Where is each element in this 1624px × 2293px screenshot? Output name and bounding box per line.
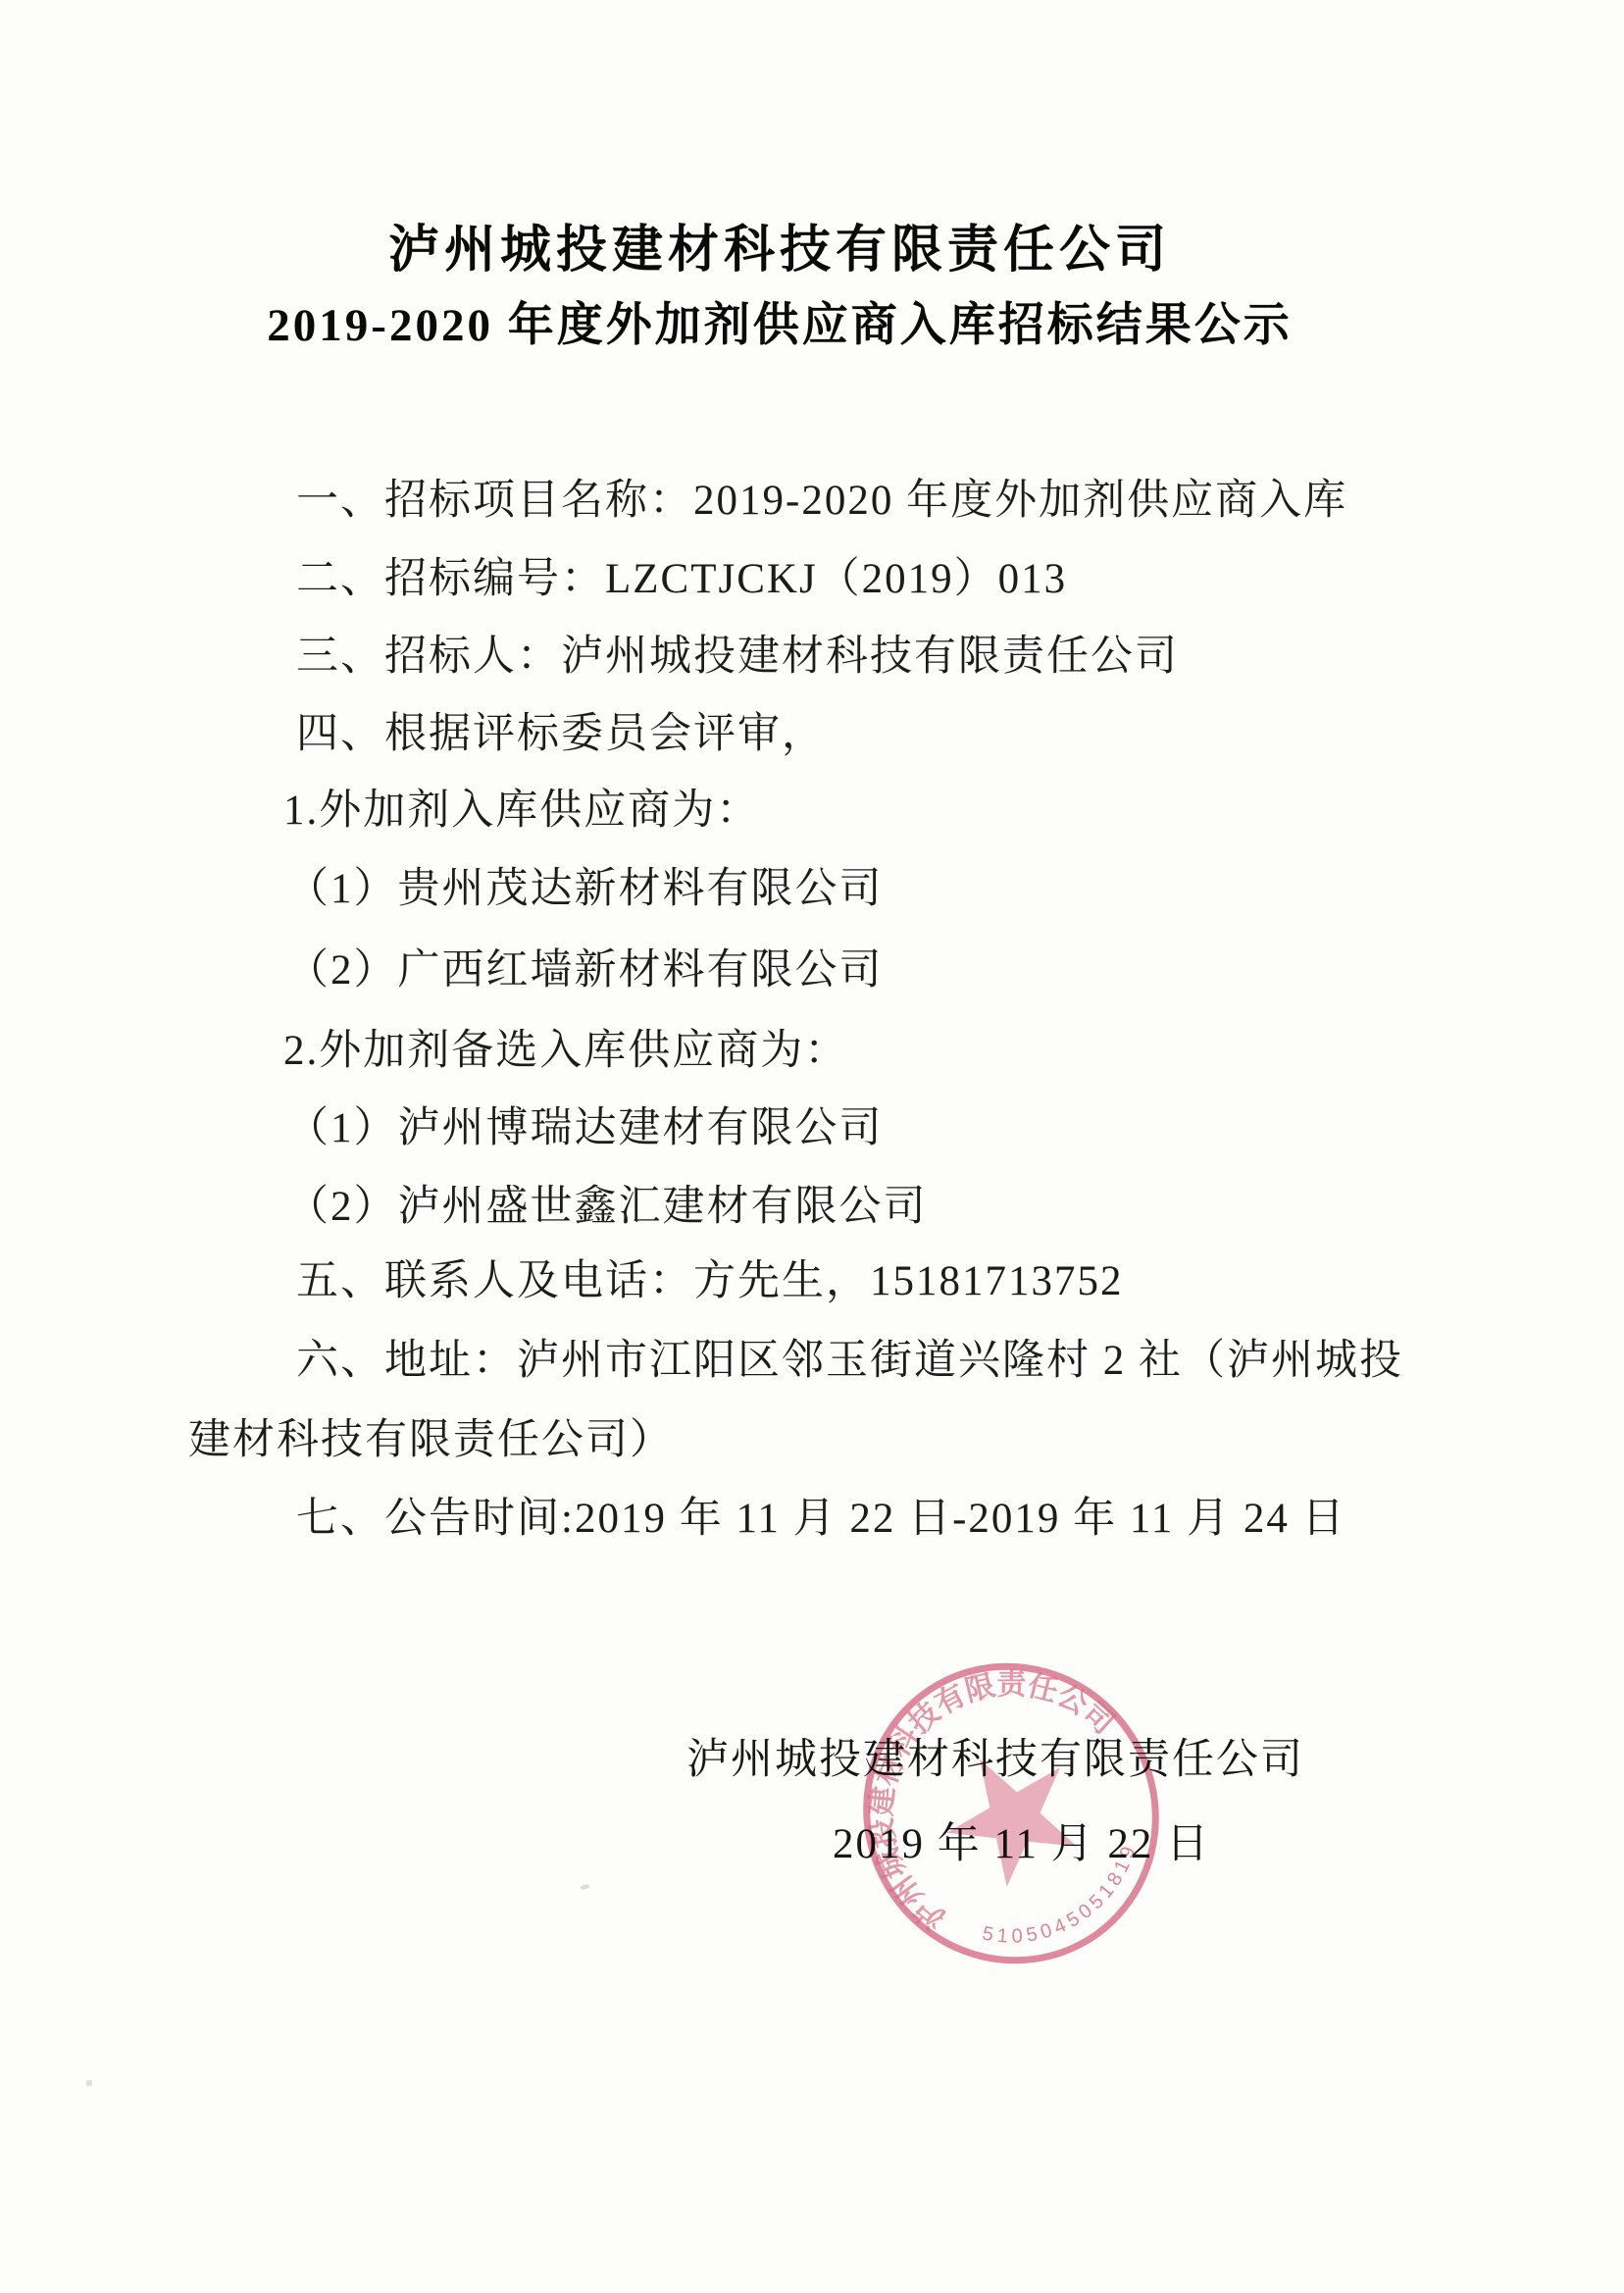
document-title-announcement: 2019-2020 年度外加剂供应商入库招标结果公示 — [186, 288, 1373, 354]
body-line-backup-heading: 2.外加剂备选入库供应商为： — [283, 1017, 848, 1077]
scan-speck — [86, 2080, 92, 2086]
scanned-document-page: 泸州城投建材科技有限责任公司 2019-2020 年度外加剂供应商入库招标结果公… — [0, 0, 1624, 2293]
body-line-contact: 五、联系人及电话：方先生，15181713752 — [296, 1248, 1124, 1307]
document-title-company: 泸州城投建材科技有限责任公司 — [186, 208, 1373, 281]
body-line-backup-2: （2）泸州盛世鑫汇建材有限公司 — [286, 1173, 928, 1233]
body-line-tender-number: 二、招标编号：LZCTJCKJ（2019）013 — [296, 545, 1067, 605]
company-seal-svg: 泸州城投建材科技有限责任公司 5105045051819 — [859, 1656, 1163, 1968]
body-line-project-name: 一、招标项目名称：2019-2020 年度外加剂供应商入库 — [296, 467, 1347, 527]
scan-speck — [581, 1884, 590, 1890]
body-line-tenderer: 三、招标人：泸州城投建材科技有限责任公司 — [296, 623, 1179, 683]
body-line-winner-2: （2）广西红墙新材料有限公司 — [286, 937, 884, 996]
body-line-winners-heading: 1.外加剂入库供应商为： — [283, 777, 760, 837]
body-line-winner-1: （1）贵州茂达新材料有限公司 — [286, 855, 884, 915]
body-line-address-wrap: 建材科技有限责任公司） — [188, 1406, 674, 1466]
body-line-address: 六、地址：泸州市江阳区邻玉街道兴隆村 2 社（泸州城投 — [296, 1327, 1403, 1387]
body-line-backup-1: （1）泸州博瑞达建材有限公司 — [286, 1095, 884, 1154]
body-line-review: 四、根据评标委员会评审， — [296, 700, 826, 760]
star-icon — [923, 1726, 1098, 1899]
body-line-notice-period: 七、公告时间:2019 年 11 月 22 日-2019 年 11 月 24 日 — [296, 1485, 1346, 1545]
company-seal-stamp: 泸州城投建材科技有限责任公司 5105045051819 — [859, 1656, 1163, 1968]
